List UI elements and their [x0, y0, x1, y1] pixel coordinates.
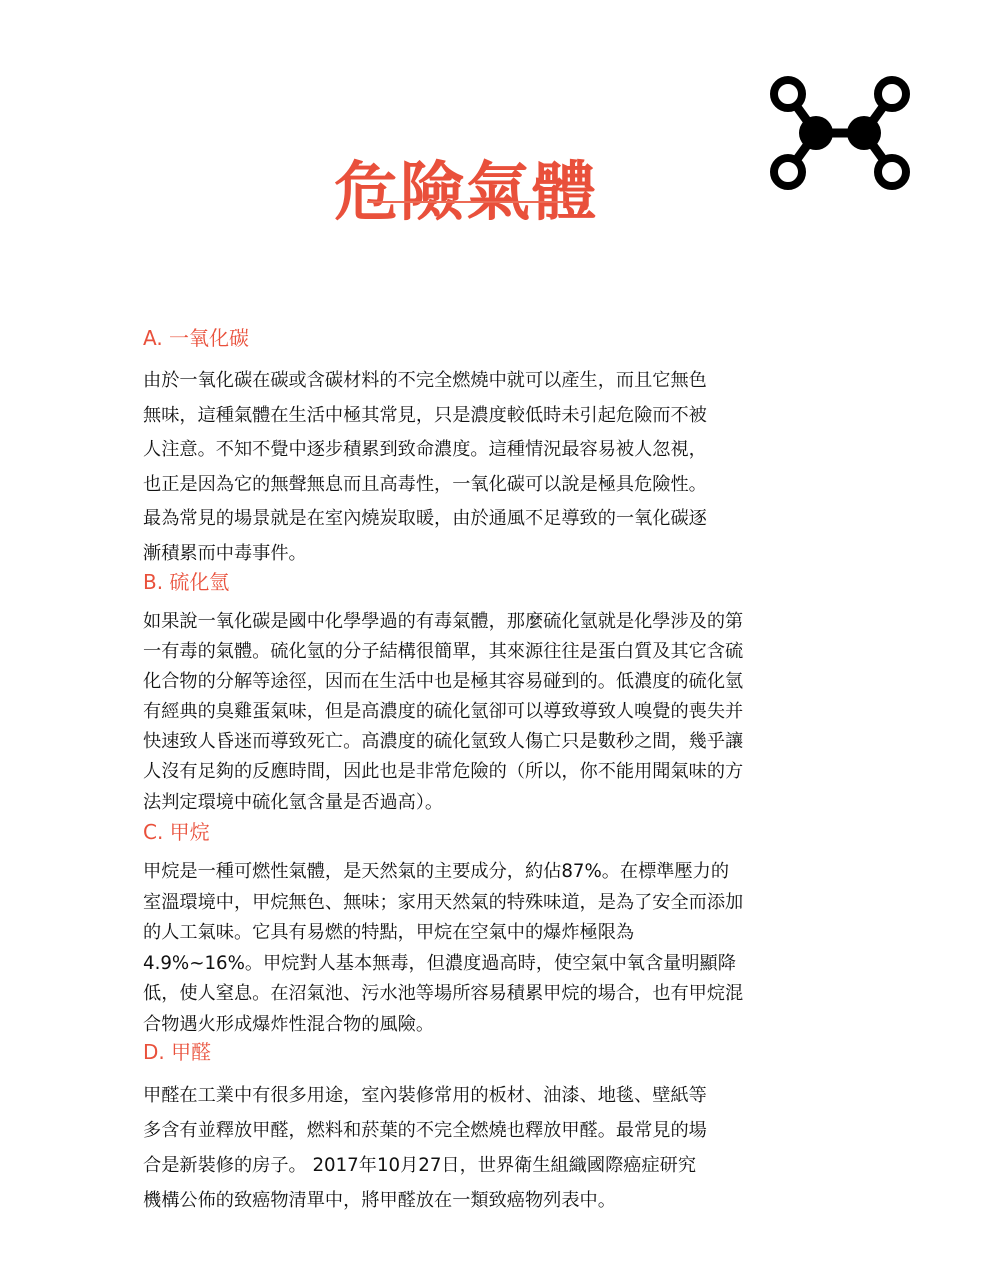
text-line: 多含有並釋放甲醛，燃料和菸葉的不完全燃燒也釋放甲醛。最常見的場	[143, 1113, 803, 1148]
section-body: 甲醛在工業中有很多用途，室內裝修常用的板材、油漆、地毯、壁紙等 多含有並釋放甲醛…	[143, 1078, 803, 1218]
text-line: 甲烷是一種可燃性氣體，是天然氣的主要成分，約佔87%。在標準壓力的	[143, 857, 803, 888]
text-line: 低，使人窒息。在沼氣池、污水池等場所容易積累甲烷的場合，也有甲烷混	[143, 979, 803, 1010]
text-line: 人注意。不知不覺中逐步積累到致命濃度。這種情況最容易被人忽視，	[143, 433, 803, 468]
text-line: 甲醛在工業中有很多用途，室內裝修常用的板材、油漆、地毯、壁紙等	[143, 1078, 803, 1113]
text-line: 合物遇火形成爆炸性混合物的風險。	[143, 1010, 803, 1041]
text-line: 合是新裝修的房子。 2017年10月27日，世界衛生組織國際癌症研究	[143, 1148, 803, 1183]
section-body: 如果說一氧化碳是國中化學學過的有毒氣體，那麼硫化氫就是化學涉及的第 一有毒的氣體…	[143, 607, 803, 818]
section-body: 由於一氧化碳在碳或含碳材料的不完全燃燒中就可以產生，而且它無色 無味，這種氣體在…	[143, 364, 803, 571]
text-line: 室溫環境中，甲烷無色、無味；家用天然氣的特殊味道，是為了安全而添加	[143, 888, 803, 919]
text-line: 最為常見的場景就是在室內燒炭取暖，由於通風不足導致的一氧化碳逐	[143, 502, 803, 537]
section-heading: D. 甲醛	[143, 1039, 803, 1065]
text-line: 的人工氣味。它具有易燃的特點，甲烷在空氣中的爆炸極限為	[143, 918, 803, 949]
section-hydrogen-sulfide: B. 硫化氫 如果說一氧化碳是國中化學學過的有毒氣體，那麼硫化氫就是化學涉及的第…	[143, 569, 803, 818]
text-line: 快速致人昏迷而導致死亡。高濃度的硫化氫致人傷亡只是數秒之間，幾乎讓	[143, 727, 803, 757]
title-underline	[367, 201, 566, 203]
section-methane: C. 甲烷 甲烷是一種可燃性氣體，是天然氣的主要成分，約佔87%。在標準壓力的 …	[143, 819, 803, 1041]
section-body: 甲烷是一種可燃性氣體，是天然氣的主要成分，約佔87%。在標準壓力的 室溫環境中，…	[143, 857, 803, 1041]
text-line: 法判定環境中硫化氫含量是否過高）。	[143, 788, 803, 818]
text-line: 機構公佈的致癌物清單中，將甲醛放在一類致癌物列表中。	[143, 1183, 803, 1218]
section-heading: A. 一氧化碳	[143, 325, 803, 351]
text-line: 無味，這種氣體在生活中極其常見，只是濃度較低時未引起危險而不被	[143, 399, 803, 434]
section-carbon-monoxide: A. 一氧化碳 由於一氧化碳在碳或含碳材料的不完全燃燒中就可以產生，而且它無色 …	[143, 325, 803, 571]
section-heading: C. 甲烷	[143, 819, 803, 845]
molecule-icon	[768, 70, 912, 196]
text-line: 化合物的分解等途徑，因而在生活中也是極其容易碰到的。低濃度的硫化氫	[143, 667, 803, 697]
text-line: 4.9%~16%。甲烷對人基本無毒，但濃度過高時，使空氣中氧含量明顯降	[143, 949, 803, 980]
section-formaldehyde: D. 甲醛 甲醛在工業中有很多用途，室內裝修常用的板材、油漆、地毯、壁紙等 多含…	[143, 1039, 803, 1218]
section-heading: B. 硫化氫	[143, 569, 803, 595]
text-line: 一有毒的氣體。硫化氫的分子結構很簡單，其來源往往是蛋白質及其它含硫	[143, 637, 803, 667]
text-line: 漸積累而中毒事件。	[143, 537, 803, 572]
text-line: 也正是因為它的無聲無息而且高毒性，一氧化碳可以說是極具危險性。	[143, 468, 803, 503]
text-line: 人沒有足夠的反應時間，因此也是非常危險的（所以，你不能用聞氣味的方	[143, 757, 803, 787]
text-line: 有經典的臭雞蛋氣味，但是高濃度的硫化氫卻可以導致導致人嗅覺的喪失并	[143, 697, 803, 727]
text-line: 由於一氧化碳在碳或含碳材料的不完全燃燒中就可以產生，而且它無色	[143, 364, 803, 399]
text-line: 如果說一氧化碳是國中化學學過的有毒氣體，那麼硫化氫就是化學涉及的第	[143, 607, 803, 637]
